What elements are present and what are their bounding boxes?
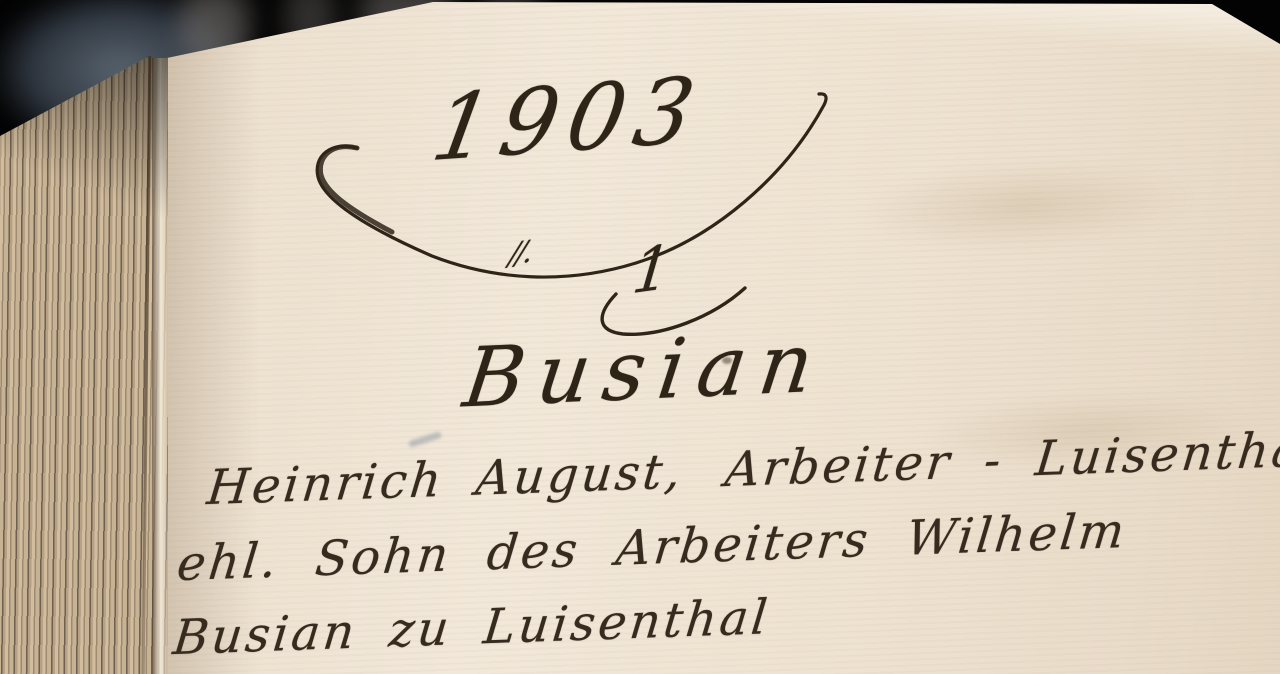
year-heading: 1903 xyxy=(426,65,710,175)
register-photo: 1903 //. 1 Busian Heinrich August,Arbeit… xyxy=(0,0,1280,674)
surname-heading: Busian xyxy=(459,322,831,420)
year-underline-flourish-thick xyxy=(320,147,392,232)
entry-number: 1 xyxy=(630,237,674,304)
